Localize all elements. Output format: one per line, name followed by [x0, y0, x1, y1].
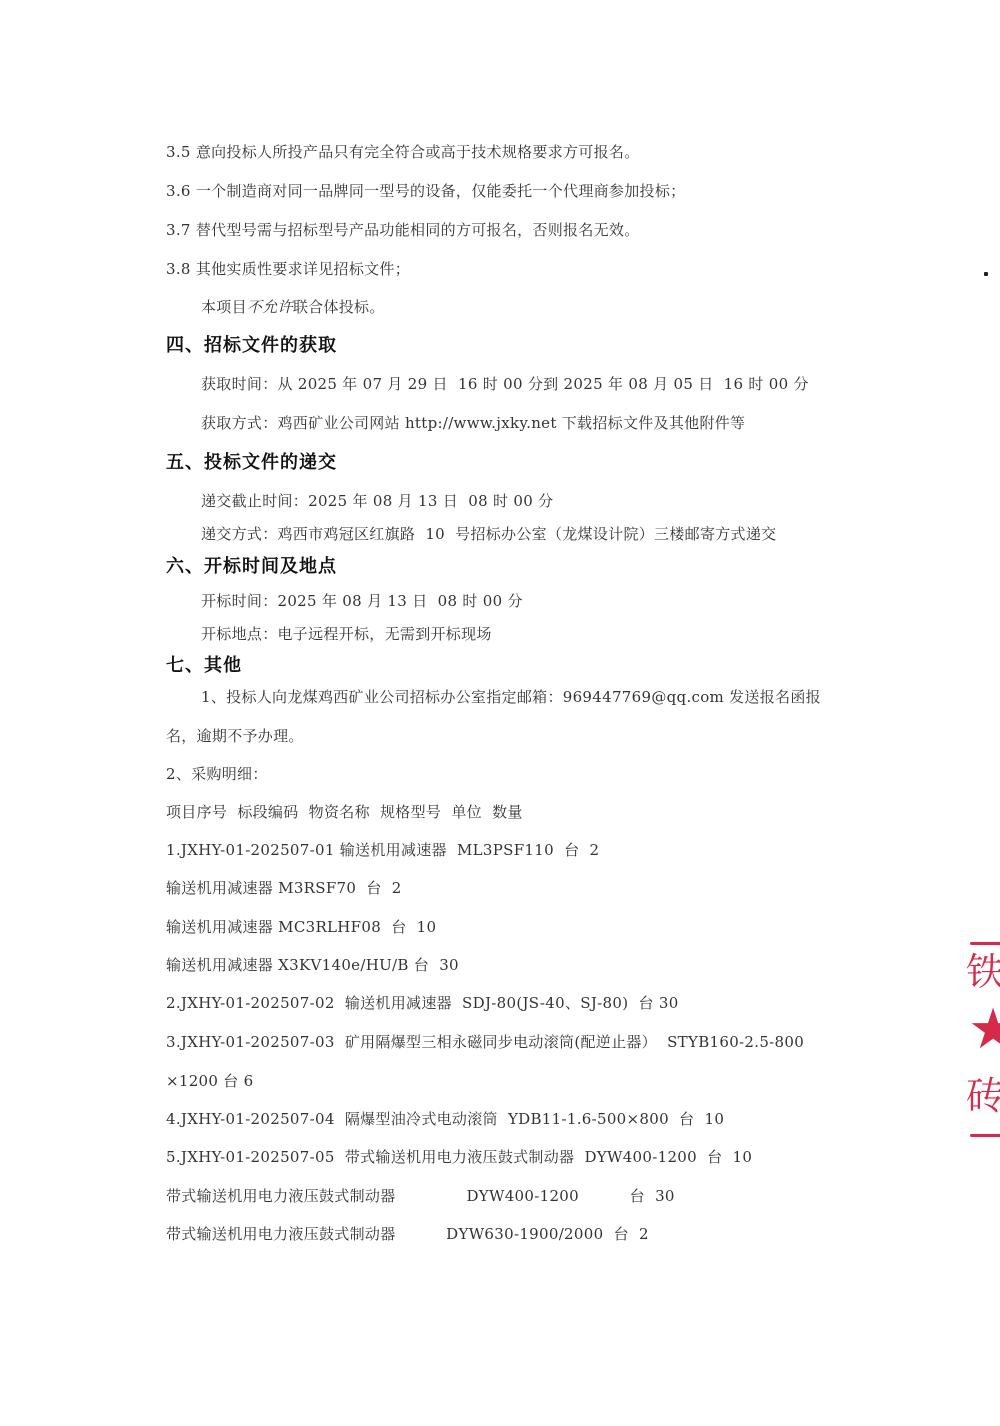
- submission-deadline: 递交截止时间：2025 年 08 月 13 日 08 时 00 分: [201, 491, 553, 511]
- section-5-heading: 五、投标文件的递交: [166, 452, 337, 474]
- section-6-heading: 六、开标时间及地点: [166, 556, 337, 578]
- stamp-char-top: 铁: [966, 952, 1000, 992]
- procurement-row: 2.JXHY-01-202507-02 输送机用减速器 SDJ-80(JS-40…: [166, 993, 679, 1013]
- procurement-row: 带式输送机用电力液压鼓式制动器 DYW630-1900/2000 台 2: [166, 1224, 649, 1244]
- clause-3-7: 3.7 替代型号需与招标型号产品功能相同的方可报名，否则报名无效。: [166, 220, 640, 240]
- stamp-border-top: [970, 942, 1000, 945]
- procurement-table-header: 项目序号 标段编码 物资名称 规格型号 单位 数量: [166, 802, 523, 822]
- other-item-1-line-2: 名，逾期不予办理。: [166, 726, 304, 746]
- section-4-heading: 四、招标文件的获取: [166, 335, 337, 357]
- submission-method: 递交方式：鸡西市鸡冠区红旗路 10 号招标办公室（龙煤设计院）三楼邮寄方式递交: [201, 524, 776, 544]
- acquisition-time: 获取时间：从 2025 年 07 月 29 日 16 时 00 分到 2025 …: [201, 374, 809, 394]
- procurement-row: 输送机用减速器 MC3RLHF08 台 10: [166, 917, 436, 937]
- consortium-note: 本项目不允许联合体投标。: [201, 297, 385, 317]
- clause-3-6: 3.6 一个制造商对同一品牌同一型号的设备，仅能委托一个代理商参加投标；: [166, 181, 685, 201]
- red-seal-stamp: 铁 ★ 砖: [962, 930, 1000, 1140]
- consortium-suffix: 联合体投标。: [293, 298, 385, 316]
- section-7-heading: 七、其他: [166, 655, 242, 677]
- clause-3-5: 3.5 意向投标人所投产品只有完全符合或高于技术规格要求方可报名。: [166, 142, 640, 162]
- clause-3-8: 3.8 其他实质性要求详见招标文件；: [166, 259, 410, 279]
- procurement-row: 输送机用减速器 M3RSF70 台 2: [166, 878, 402, 898]
- stamp-char-bottom: 砖: [966, 1076, 1000, 1116]
- procurement-row: 1.JXHY-01-202507-01 输送机用减速器 ML3PSF110 台 …: [166, 840, 599, 860]
- scan-speck: [984, 272, 988, 276]
- opening-place: 开标地点：电子远程开标，无需到开标现场: [201, 624, 492, 644]
- procurement-row: 带式输送机用电力液压鼓式制动器 DYW400-1200 台 30: [166, 1186, 675, 1206]
- opening-time: 开标时间：2025 年 08 月 13 日 08 时 00 分: [201, 591, 523, 611]
- procurement-row: 4.JXHY-01-202507-04 隔爆型油冷式电动滚筒 YDB11-1.6…: [166, 1109, 724, 1129]
- procurement-row: 5.JXHY-01-202507-05 带式输送机用电力液压鼓式制动器 DYW4…: [166, 1147, 752, 1167]
- other-item-1-line-1: 1、投标人向龙煤鸡西矿业公司招标办公室指定邮箱：969447769@qq.com…: [201, 687, 821, 707]
- procurement-row: 3.JXHY-01-202507-03 矿用隔爆型三相永磁同步电动滚筒(配逆止器…: [166, 1032, 804, 1052]
- acquisition-method: 获取方式：鸡西矿业公司网站 http://www.jxky.net 下载招标文件…: [201, 413, 745, 433]
- procurement-row-continued: ×1200 台 6: [166, 1071, 254, 1091]
- stamp-border-bottom: [970, 1134, 1000, 1137]
- consortium-prefix: 本项目: [201, 298, 247, 316]
- procurement-row: 输送机用减速器 X3KV140e/HU/B 台 30: [166, 955, 459, 975]
- star-icon: ★: [968, 1002, 1000, 1058]
- other-item-2: 2、采购明细：: [166, 764, 268, 784]
- consortium-emphasis: 不允许: [247, 298, 293, 316]
